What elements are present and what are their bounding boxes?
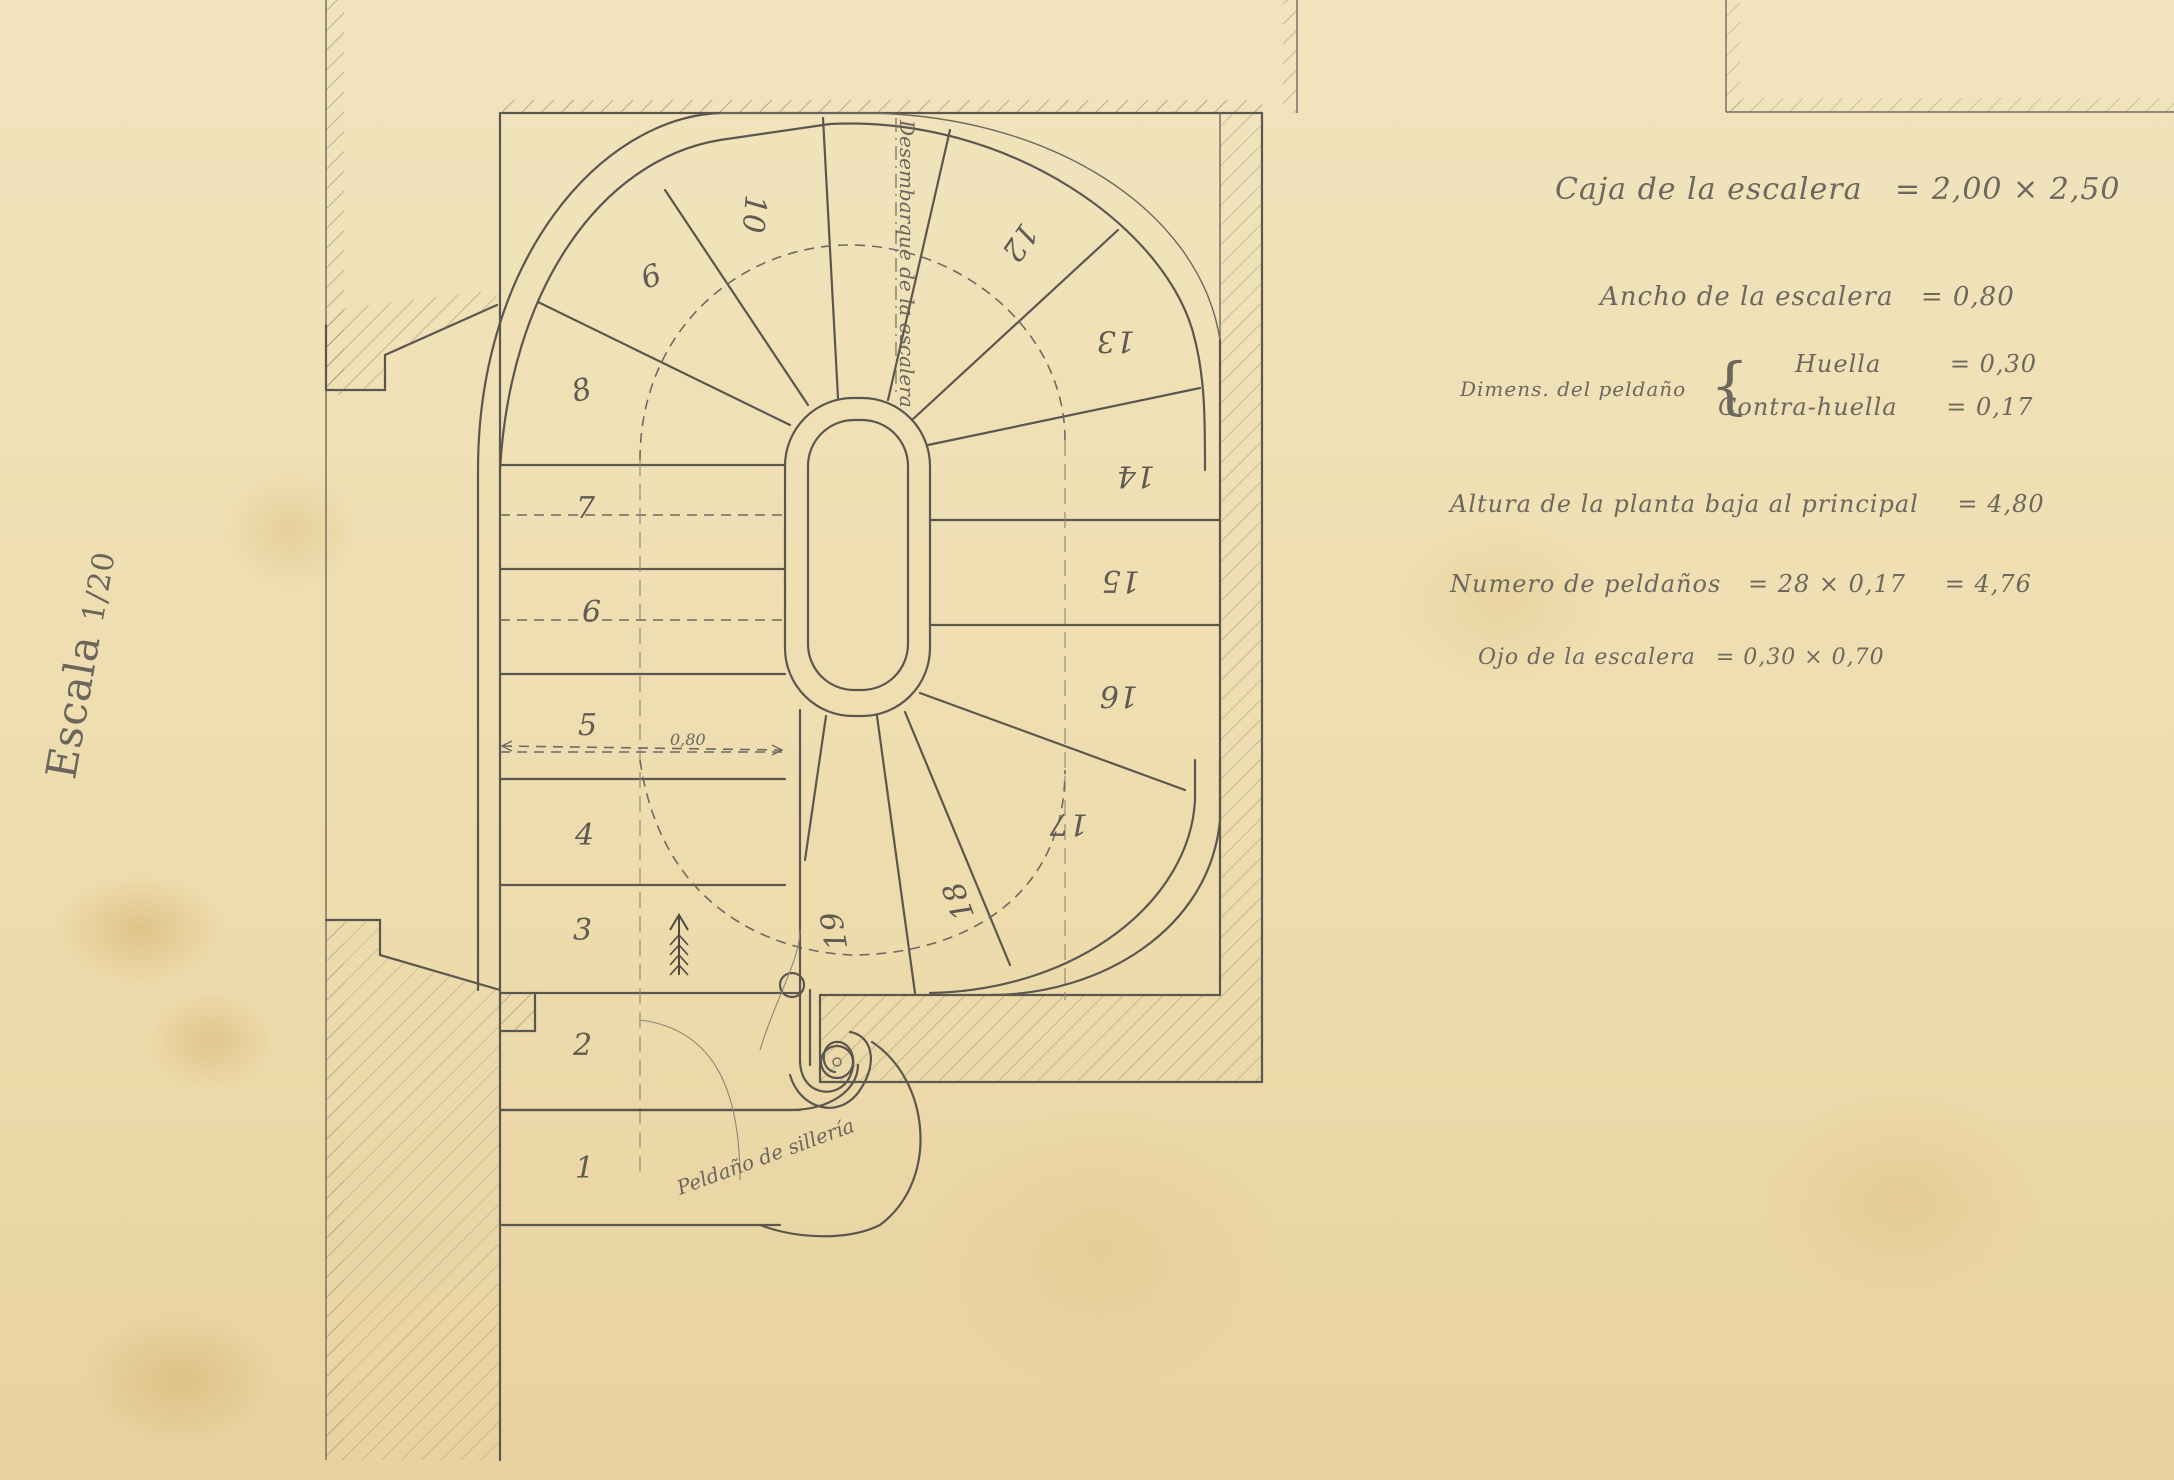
step-number-19: 19 [814,909,855,953]
stair-box [500,113,1262,1082]
step-number-6: 6 [582,595,601,630]
note-altura-label: Altura de la planta baja al principal [1450,490,1919,518]
step-number-4: 4 [574,818,594,853]
note-ojo-value: = 0,30 × 0,70 [1716,645,1885,670]
step-number-7: 7 [576,491,596,526]
step-number-2: 2 [572,1028,592,1063]
top-right-wall-block [1726,0,2174,112]
upper-left-pier [326,290,497,390]
width-dimension-line [502,741,782,755]
note-altura: Altura de la planta baja al principal = … [1450,490,2045,518]
step-number-8: 8 [568,371,596,410]
step-number-3: 3 [573,913,592,948]
step-number-18: 18 [936,877,982,925]
outer-string [478,113,1220,995]
note-caja-value: = 2,00 × 2,50 [1895,172,2120,207]
top-wall [502,0,1297,114]
note-caja: Caja de la escalera = 2,00 × 2,50 [1555,172,2121,207]
width-dimension-value: 0,80 [670,730,706,749]
lower-left-pier [326,920,500,1460]
left-outer-wall [326,0,344,1460]
note-contrahuella-value: = 0,17 [1946,393,2033,421]
step-number-15: 15 [1102,563,1140,598]
landing-axis-label: Desembarque de la escalera [895,119,919,408]
note-ojo: Ojo de la escalera = 0,30 × 0,70 [1478,645,1885,670]
step-number-5: 5 [578,708,597,743]
note-dimensiones-label: Dimens. del peldaño [1460,377,1686,401]
step-number-12: 12 [994,216,1045,267]
step-number-14: 14 [1117,458,1155,493]
note-numero: Numero de peldaños = 28 × 0,17 = 4,76 [1450,570,2032,598]
note-ancho: Ancho de la escalera = 0,80 [1600,282,2015,312]
stair-well [785,398,930,716]
step-number-17: 17 [1049,806,1088,841]
up-arrow-icon [670,915,688,975]
note-contrahuella-label: Contra-huella [1718,393,1898,421]
note-huella-value: = 0,30 [1950,350,2037,378]
straight-flight-risers [500,440,1220,1225]
step-number-9: 9 [635,255,665,294]
staircase-plan-drawing: 1 2 3 4 5 6 7 8 9 10 12 13 14 15 16 17 1… [0,0,2174,1480]
first-step-material-label: Peldaño de sillería [673,1113,858,1200]
step-number-16: 16 [1100,678,1138,713]
note-ojo-label: Ojo de la escalera [1478,645,1696,670]
note-numero-result: = 4,76 [1945,570,2032,598]
handrail-volute [500,710,921,1236]
note-altura-value: = 4,80 [1957,490,2044,518]
note-contrahuella: Contra-huella = 0,17 [1718,393,2033,421]
step-number-1: 1 [575,1151,594,1186]
note-numero-label: Numero de peldaños [1450,570,1721,598]
note-ancho-value: = 0,80 [1921,282,2015,312]
note-ancho-label: Ancho de la escalera [1600,282,1894,312]
step-number-13: 13 [1097,323,1135,358]
step-number-10: 10 [735,193,773,234]
note-caja-label: Caja de la escalera [1555,172,1863,207]
note-numero-value: = 28 × 0,17 [1748,570,1906,598]
note-huella: Huella = 0,30 [1795,350,2037,378]
note-huella-label: Huella [1795,350,1881,378]
top-winder-risers [538,118,1200,460]
bottom-winder-risers [640,693,1185,993]
